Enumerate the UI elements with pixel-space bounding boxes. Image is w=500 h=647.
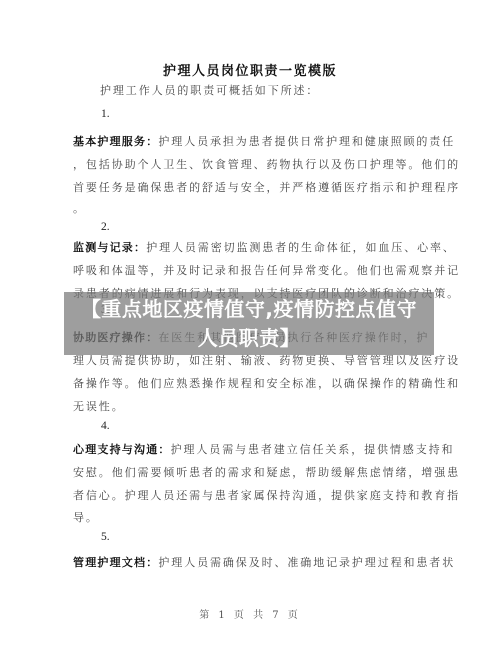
banner-line-2: 人员职责】 xyxy=(64,324,434,353)
section-line: 监测与记录：护理人员需密切监测患者的生命体征，如血压、心率、 xyxy=(73,239,456,255)
section-line: 导。 xyxy=(73,509,99,525)
page-footer: 第 1 页 共 7 页 xyxy=(0,606,500,621)
section-line: 。 xyxy=(73,200,86,216)
section-line: 心理支持与沟通：护理人员需与患者建立信任关系，提供情感支持和 xyxy=(73,441,454,457)
section-heading: 心理支持与沟通： xyxy=(73,443,171,456)
overlay-banner-title: 【重点地区疫情值守,疫情防控点值守 人员职责】 xyxy=(64,292,434,355)
section-line: 呼吸和体温等，并及时记录和报告任何异常变化。他们也需观察并记 xyxy=(73,262,460,278)
section-heading: 监测与记录： xyxy=(73,241,146,254)
section-text: 护理人员承担为患者提供日常护理和健康照顾的责任 xyxy=(158,135,455,148)
section-number: 5. xyxy=(101,531,110,543)
section-text: 护理人员需确保及时、准确地记录护理过程和患者状 xyxy=(158,556,455,569)
banner-line-1: 【重点地区疫情值守,疫情防控点值守 xyxy=(64,295,434,324)
section-text: 护理人员需密切监测患者的生命体征，如血压、心率、 xyxy=(146,241,456,254)
section-heading: 管理护理文档： xyxy=(73,556,158,569)
intro-text: 护理工作人员的职责可概括如下所述： xyxy=(100,82,319,98)
section-line: 首要任务是确保患者的舒适与安全，并严格遵循医疗指示和护理程序 xyxy=(73,179,460,195)
section-text: 护理人员需与患者建立信任关系，提供情感支持和 xyxy=(171,443,455,456)
section-line: 管理护理文档：护理人员需确保及时、准确地记录护理过程和患者状 xyxy=(73,554,455,570)
section-line: 无误性。 xyxy=(73,398,125,414)
section-line: 者信心。护理人员还需与患者家属保持沟通，提供家庭支持和教育指 xyxy=(73,487,460,503)
document-title: 护理人员岗位职责一览模版 xyxy=(0,60,500,79)
section-heading: 基本护理服务： xyxy=(73,135,158,148)
section-line: 安慰。他们需要倾听患者的需求和疑虑，帮助缓解焦虑情绪，增强患 xyxy=(73,464,460,480)
section-number: 2. xyxy=(101,221,110,233)
section-number: 1. xyxy=(101,108,110,120)
section-line: 备操作等。他们应熟悉操作规程和安全标准，以确保操作的精确性和 xyxy=(73,375,460,391)
section-line: ，包括协助个人卫生、饮食管理、药物执行以及伤口护理等。他们的 xyxy=(73,156,460,172)
section-number: 4. xyxy=(101,420,110,432)
section-line: 基本护理服务：护理人员承担为患者提供日常护理和健康照顾的责任 xyxy=(73,133,455,149)
